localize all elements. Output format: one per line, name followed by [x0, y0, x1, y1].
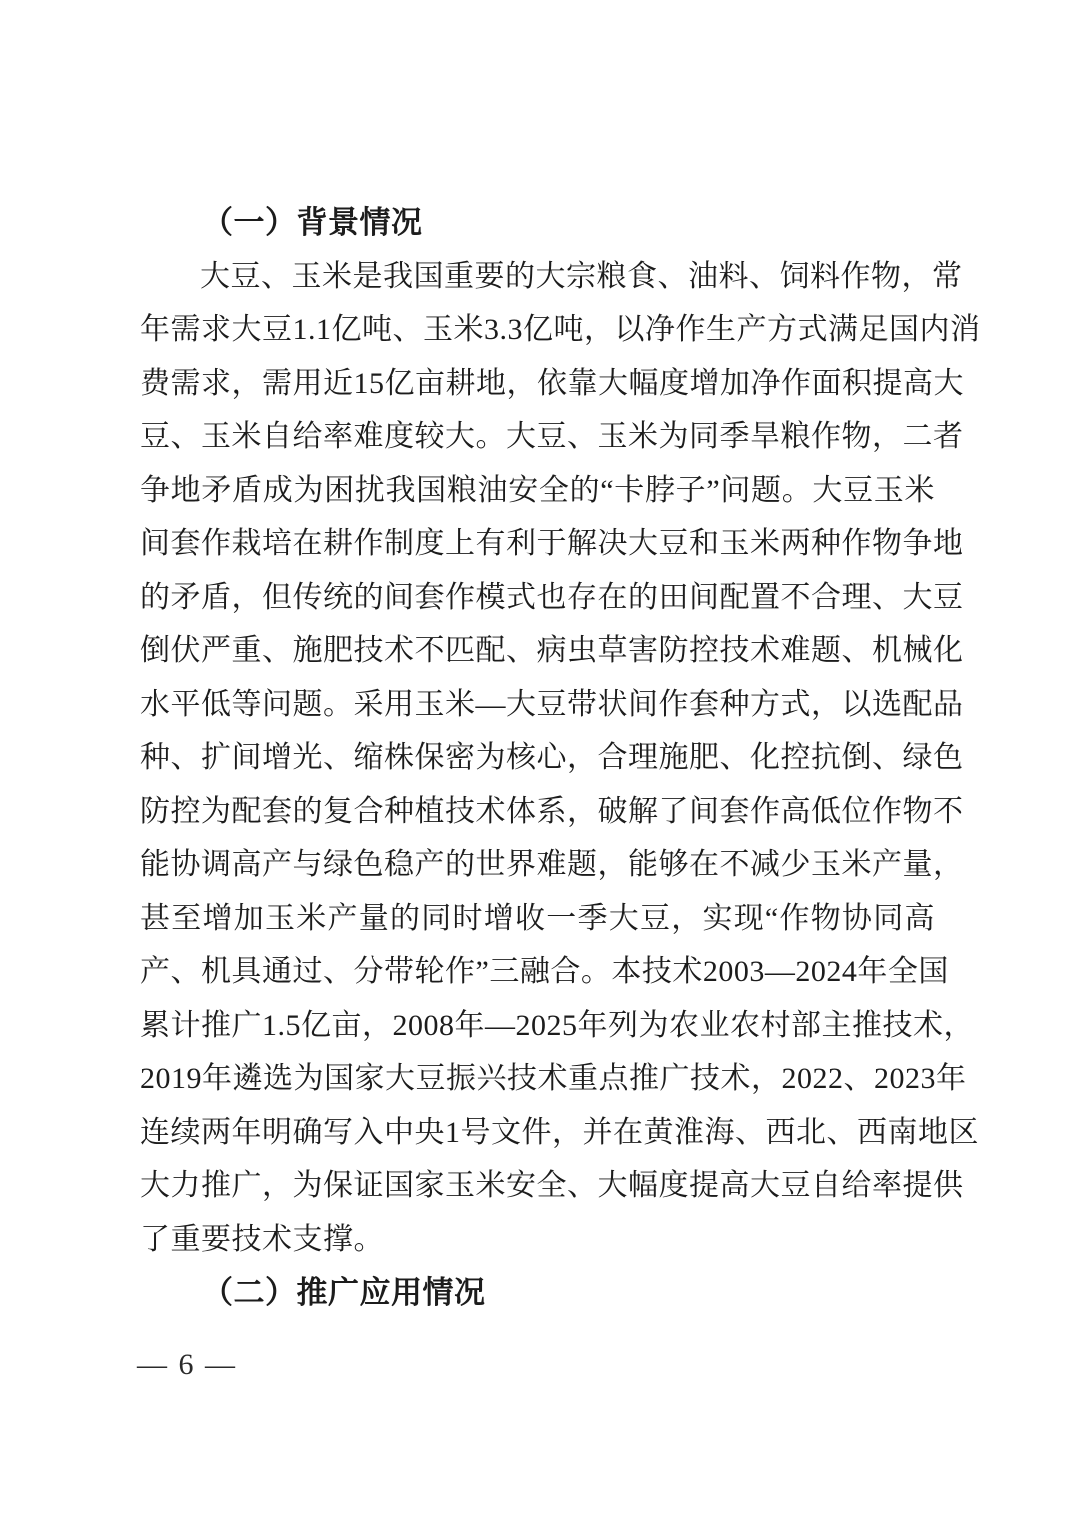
paragraph-line: 争地矛盾成为困扰我国粮油安全的“卡脖子”问题。大豆玉米 — [140, 464, 935, 518]
paragraph-line: 倒伏严重、施肥技术不匹配、病虫草害防控技术难题、机械化 — [140, 624, 935, 678]
paragraph-line: 连续两年明确写入中央1号文件，并在黄淮海、西北、西南地区 — [140, 1106, 935, 1160]
paragraph-line: 防控为配套的复合种植技术体系，破解了间套作高低位作物不 — [140, 785, 935, 839]
document-page: （一）背景情况 大豆、玉米是我国重要的大宗粮食、油料、饲料作物，常 年需求大豆1… — [0, 0, 1074, 1520]
section-heading-2: （二）推广应用情况 — [140, 1266, 935, 1320]
paragraph-line: 间套作栽培在耕作制度上有利于解决大豆和玉米两种作物争地 — [140, 517, 935, 571]
paragraph-line: 甚至增加玉米产量的同时增收一季大豆，实现“作物协同高 — [140, 892, 935, 946]
paragraph-line: 的矛盾，但传统的间套作模式也存在的田间配置不合理、大豆 — [140, 571, 935, 625]
section-heading-1: （一）背景情况 — [140, 196, 935, 250]
page-number: — 6 — — [137, 1348, 237, 1382]
paragraph-line: 产、机具通过、分带轮作”三融合。本技术2003—2024年全国 — [140, 945, 935, 999]
paragraph-line: 累计推广1.5亿亩，2008年—2025年列为农业农村部主推技术， — [140, 999, 935, 1053]
document-body: （一）背景情况 大豆、玉米是我国重要的大宗粮食、油料、饲料作物，常 年需求大豆1… — [140, 196, 935, 1320]
paragraph-line: 大力推广，为保证国家玉米安全、大幅度提高大豆自给率提供 — [140, 1159, 935, 1213]
paragraph-line: 能协调高产与绿色稳产的世界难题，能够在不减少玉米产量， — [140, 838, 935, 892]
paragraph-line: 水平低等问题。采用玉米—大豆带状间作套种方式，以选配品 — [140, 678, 935, 732]
paragraph-line: 2019年遴选为国家大豆振兴技术重点推广技术，2022、2023年 — [140, 1052, 935, 1106]
paragraph-line: 豆、玉米自给率难度较大。大豆、玉米为同季旱粮作物，二者 — [140, 410, 935, 464]
paragraph-line: 种、扩间增光、缩株保密为核心，合理施肥、化控抗倒、绿色 — [140, 731, 935, 785]
paragraph-line: 了重要技术支撑。 — [140, 1213, 935, 1267]
paragraph-line: 大豆、玉米是我国重要的大宗粮食、油料、饲料作物，常 — [140, 250, 935, 304]
paragraph-line: 年需求大豆1.1亿吨、玉米3.3亿吨，以净作生产方式满足国内消 — [140, 303, 935, 357]
paragraph-line: 费需求，需用近15亿亩耕地，依靠大幅度增加净作面积提高大 — [140, 357, 935, 411]
